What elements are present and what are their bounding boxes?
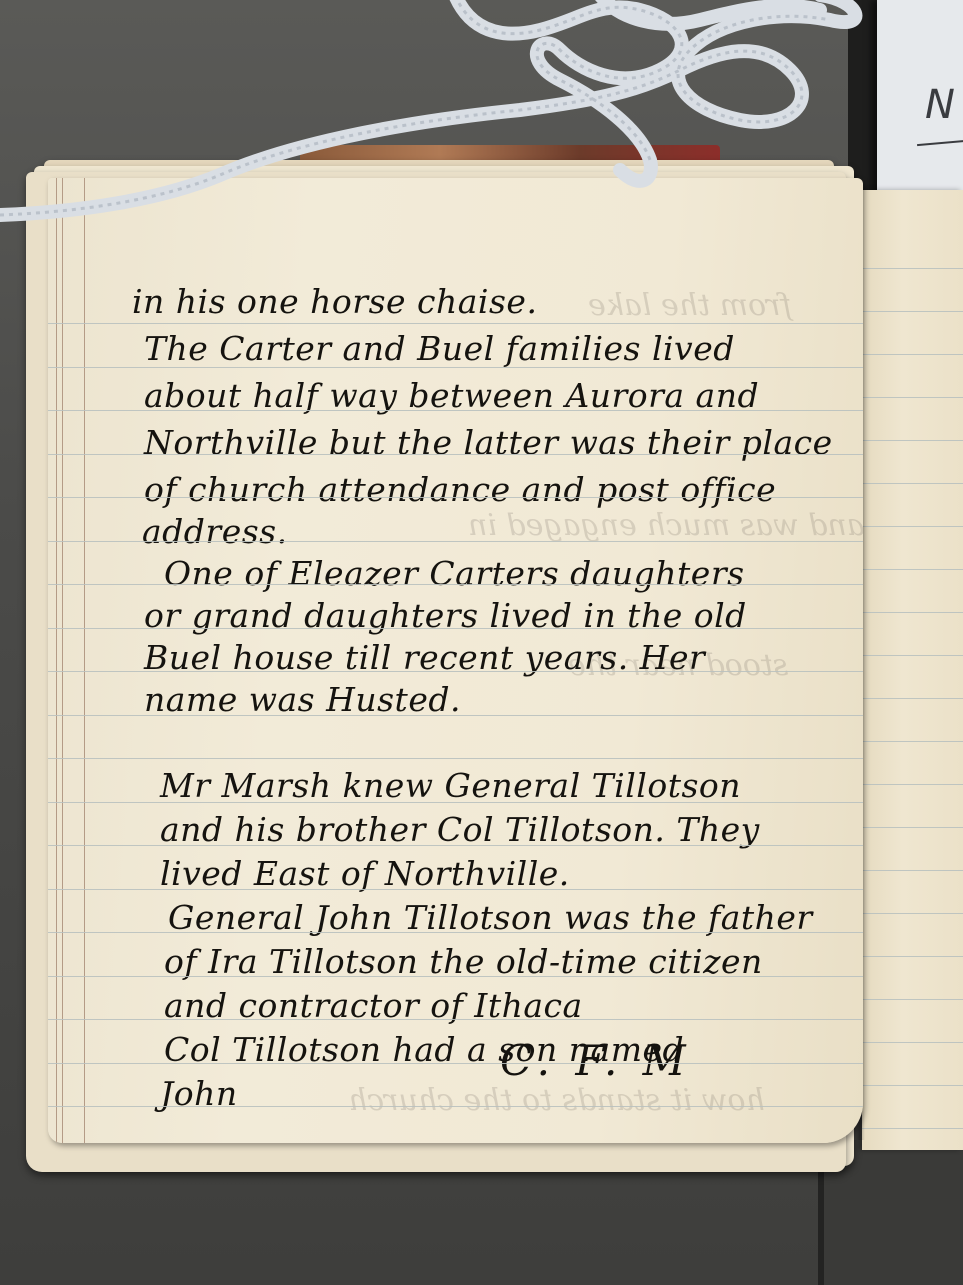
ruled-line [48,932,863,933]
ruled-line [862,354,963,355]
text-line: One of Eleazer Carters daughters [164,554,745,593]
text-line: John [160,1074,238,1113]
ruled-line [862,612,963,613]
ruled-line [48,671,863,672]
text-line: Northville but the latter was their plac… [144,423,833,462]
bleed-through-text: from the lake [588,288,792,323]
ruled-line [48,1106,863,1107]
text-line: The Carter and Buel families lived [144,329,735,368]
ruled-line [862,784,963,785]
ruled-line [862,440,963,441]
ruled-line [48,497,863,498]
text-line: or grand daughters lived in the old [144,596,747,635]
ruled-line [48,976,863,977]
bleed-through-text: and was much engaged in [468,508,863,543]
ruled-line [862,741,963,742]
ruled-line [48,410,863,411]
index-card-text: N [925,82,955,128]
ruled-line [48,628,863,629]
text-line: in his one horse chaise. [132,282,537,321]
ruled-line [48,845,863,846]
ruled-line [862,483,963,484]
notebook-page: from the lake and was much engaged in st… [48,178,863,1143]
ruled-line [48,367,863,368]
index-card: N [877,0,963,195]
text-line: and his brother Col Tillotson. They [160,810,760,849]
ruled-line [48,715,863,716]
ruled-line [862,956,963,957]
ruled-line [862,913,963,914]
index-card-underline [917,140,963,146]
ruled-line [48,454,863,455]
ruled-line [862,655,963,656]
ruled-line [48,1019,863,1020]
ruled-line [862,1085,963,1086]
ruled-line [48,584,863,585]
ruled-line [862,569,963,570]
text-line: of church attendance and post office [144,470,776,509]
ruled-line [862,827,963,828]
ruled-line [862,999,963,1000]
ruled-line [48,802,863,803]
bleed-through-text: how it stands to the church [348,1083,765,1118]
ruled-line [862,397,963,398]
ruled-line [862,870,963,871]
ruled-line [862,698,963,699]
text-line: name was Husted. [144,680,461,719]
ruled-line [48,1063,863,1064]
ruled-line [48,323,863,324]
signature-initials: C. F. M [500,1036,692,1085]
ruled-line [48,889,863,890]
facing-page [862,190,963,1150]
text-line: lived East of Northville. [160,854,570,893]
ruled-line [862,1128,963,1129]
ruled-line [862,526,963,527]
ruled-line [48,758,863,759]
ruled-line [862,1042,963,1043]
ruled-line [862,311,963,312]
ruled-line [862,268,963,269]
ruled-line [48,541,863,542]
text-line: address. [142,512,288,551]
text-line: Mr Marsh knew General Tillotson [160,766,741,805]
binder-shadow [848,0,878,195]
